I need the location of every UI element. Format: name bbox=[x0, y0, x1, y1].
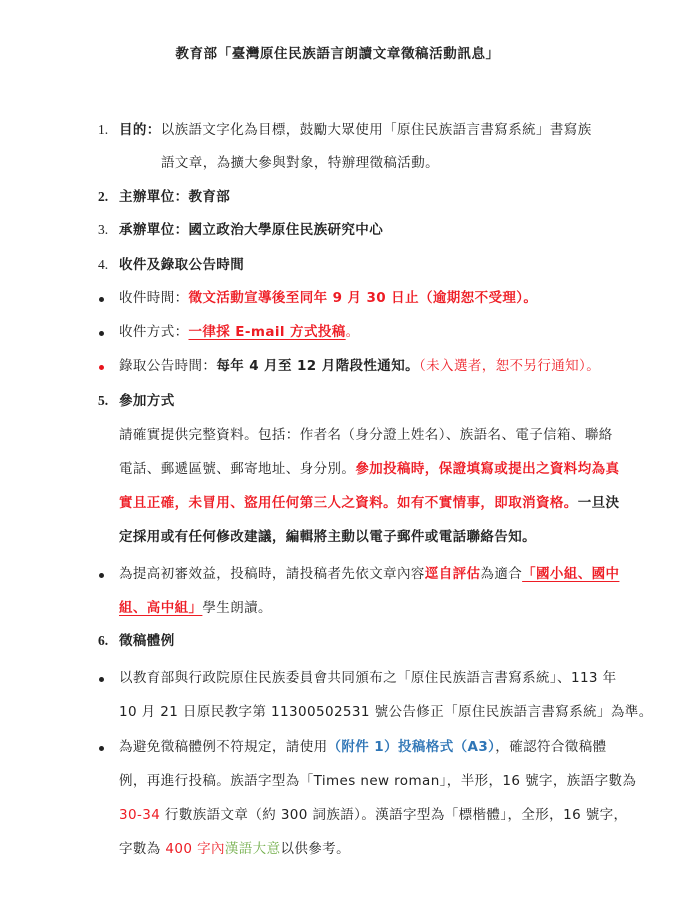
bullet-text: 以供參考。 bbox=[280, 841, 350, 857]
section-1-text: 以族語文字化為目標，鼓勵大眾使用「原住民族語言書寫系統」書寫族 bbox=[161, 122, 592, 138]
section-5-para-line-1: 請確實提供完整資料。包括：作者名（身分證上姓名）、族語名、電子信箱、聯絡 bbox=[119, 426, 613, 444]
para-emphasis: 實且正確，未冒用、盜用任何第三人之資料。如有不實情事，即取消資格。 bbox=[119, 495, 578, 511]
bullet-text: 學生朗讀。 bbox=[202, 600, 272, 616]
receipt-time-value: 徵文活動宣導後至同年 9 月 30 日止（逾期恕不受理）。 bbox=[189, 290, 538, 306]
para-emphasis: 參加投稿時，保證填寫或提出之資料均為真 bbox=[355, 461, 619, 477]
section-5-bullet-line-1: 為提高初審效益，投稿時，請投稿者先依文章內容逕自評估為適合「國小組、國中 bbox=[119, 565, 619, 583]
para-bold: 一旦決 bbox=[578, 495, 620, 511]
announcement-time-value: 每年 4 月至 12 月階段性通知。 bbox=[216, 358, 419, 374]
bullet-icon bbox=[99, 331, 104, 336]
announcement-time-note: （未入選者，恕不另行通知）。 bbox=[419, 358, 600, 374]
section-4-number: 4. bbox=[98, 256, 108, 274]
receipt-time-label: 收件時間： bbox=[119, 290, 189, 306]
section-3-line: 承辦單位：國立政治大學原住民族研究中心 bbox=[119, 221, 383, 239]
section-6-bullet-1-line-2: 10 月 21 日原民教字第 11300502531 號公告修正「原住民族語言書… bbox=[119, 703, 653, 721]
receipt-time-item: 收件時間：徵文活動宣導後至同年 9 月 30 日止（逾期恕不受理）。 bbox=[119, 289, 537, 307]
section-2-line: 主辦單位：教育部 bbox=[119, 188, 230, 206]
school-levels-emphasis: 「國小組、國中 bbox=[522, 566, 619, 582]
section-5-heading: 參加方式 bbox=[119, 392, 175, 410]
bullet-text: 為提高初審效益，投稿時，請投稿者先依文章內容 bbox=[119, 566, 425, 582]
submission-method-suffix: 。 bbox=[346, 324, 360, 340]
section-1-label: 目的： bbox=[119, 122, 161, 138]
section-5-bullet-line-2: 組、高中組」學生朗讀。 bbox=[119, 599, 272, 617]
bullet-icon bbox=[99, 677, 104, 682]
section-6-bullet-2-line-1: 為避免徵稿體例不符規定，請使用（附件 1）投稿格式（A3），確認符合徵稿體 bbox=[119, 738, 607, 756]
section-3-value: 國立政治大學原住民族研究中心 bbox=[189, 222, 384, 238]
section-1-line-1: 目的：以族語文字化為目標，鼓勵大眾使用「原住民族語言書寫系統」書寫族 bbox=[119, 121, 592, 139]
section-6-bullet-2-line-3: 30-34 行數族語文章（約 300 詞族語）。漢語字型為「標楷體」，全形，16… bbox=[119, 806, 627, 824]
self-assess-emphasis: 逕自評估 bbox=[425, 566, 481, 582]
section-6-bullet-2-line-2: 例，再進行投稿。族語字型為「Times new roman」，半形，16 號字，… bbox=[119, 772, 636, 790]
bullet-text: 字數為 bbox=[119, 841, 165, 857]
attachment-format-reference: （附件 1）投稿格式（A3） bbox=[328, 739, 496, 755]
section-2-label: 主辦單位： bbox=[119, 189, 189, 205]
page-title: 教育部「臺灣原住民族語言朗讀文章徵稿活動訊息」 bbox=[0, 45, 675, 63]
section-4-heading: 收件及錄取公告時間 bbox=[119, 256, 244, 274]
bullet-icon bbox=[99, 365, 104, 370]
section-5-number: 5. bbox=[98, 392, 108, 410]
line-count-emphasis: 30-34 bbox=[119, 807, 160, 823]
submission-method-label: 收件方式： bbox=[119, 324, 189, 340]
char-limit-emphasis: 400 字內 bbox=[165, 841, 224, 857]
section-1-number: 1. bbox=[98, 121, 108, 139]
bullet-icon bbox=[99, 297, 104, 302]
chinese-summary-emphasis: 漢語大意 bbox=[225, 841, 281, 857]
section-5-para-line-4: 定採用或有任何修改建議，編輯將主動以電子郵件或電話聯絡告知。 bbox=[119, 528, 536, 546]
bullet-text: 為適合 bbox=[480, 566, 522, 582]
section-6-number: 6. bbox=[98, 632, 108, 650]
bullet-text: 為避免徵稿體例不符規定，請使用 bbox=[119, 739, 328, 755]
submission-method-item: 收件方式：一律採 E-mail 方式投稿。 bbox=[119, 323, 360, 341]
section-6-heading: 徵稿體例 bbox=[119, 632, 175, 650]
section-5-para-line-3: 實且正確，未冒用、盜用任何第三人之資料。如有不實情事，即取消資格。一旦決 bbox=[119, 494, 619, 512]
section-2-number: 2. bbox=[98, 188, 108, 206]
section-1-line-2: 語文章，為擴大參與對象，特辦理徵稿活動。 bbox=[161, 154, 439, 172]
submission-method-value: 一律採 E-mail 方式投稿 bbox=[189, 324, 346, 340]
announcement-time-item: 錄取公告時間：每年 4 月至 12 月階段性通知。（未入選者，恕不另行通知）。 bbox=[119, 357, 600, 375]
section-3-number: 3. bbox=[98, 221, 108, 239]
section-6-bullet-2-line-4: 字數為 400 字內漢語大意以供參考。 bbox=[119, 840, 350, 858]
section-6-bullet-1-line-1: 以教育部與行政院原住民族委員會共同頒布之「原住民族語言書寫系統」、113 年 bbox=[119, 669, 617, 687]
bullet-icon bbox=[99, 746, 104, 751]
section-5-para-line-2: 電話、郵遞區號、郵寄地址、身分別。參加投稿時，保證填寫或提出之資料均為真 bbox=[119, 460, 619, 478]
bullet-text: ，確認符合徵稿體 bbox=[495, 739, 606, 755]
school-levels-emphasis: 組、高中組」 bbox=[119, 600, 202, 616]
bullet-text: 行數族語文章（約 300 詞族語）。漢語字型為「標楷體」，全形，16 號字， bbox=[160, 807, 627, 823]
bullet-icon bbox=[99, 573, 104, 578]
section-2-value: 教育部 bbox=[189, 189, 231, 205]
section-3-label: 承辦單位： bbox=[119, 222, 189, 238]
announcement-time-label: 錄取公告時間： bbox=[119, 358, 216, 374]
para-text: 電話、郵遞區號、郵寄地址、身分別。 bbox=[119, 461, 355, 477]
